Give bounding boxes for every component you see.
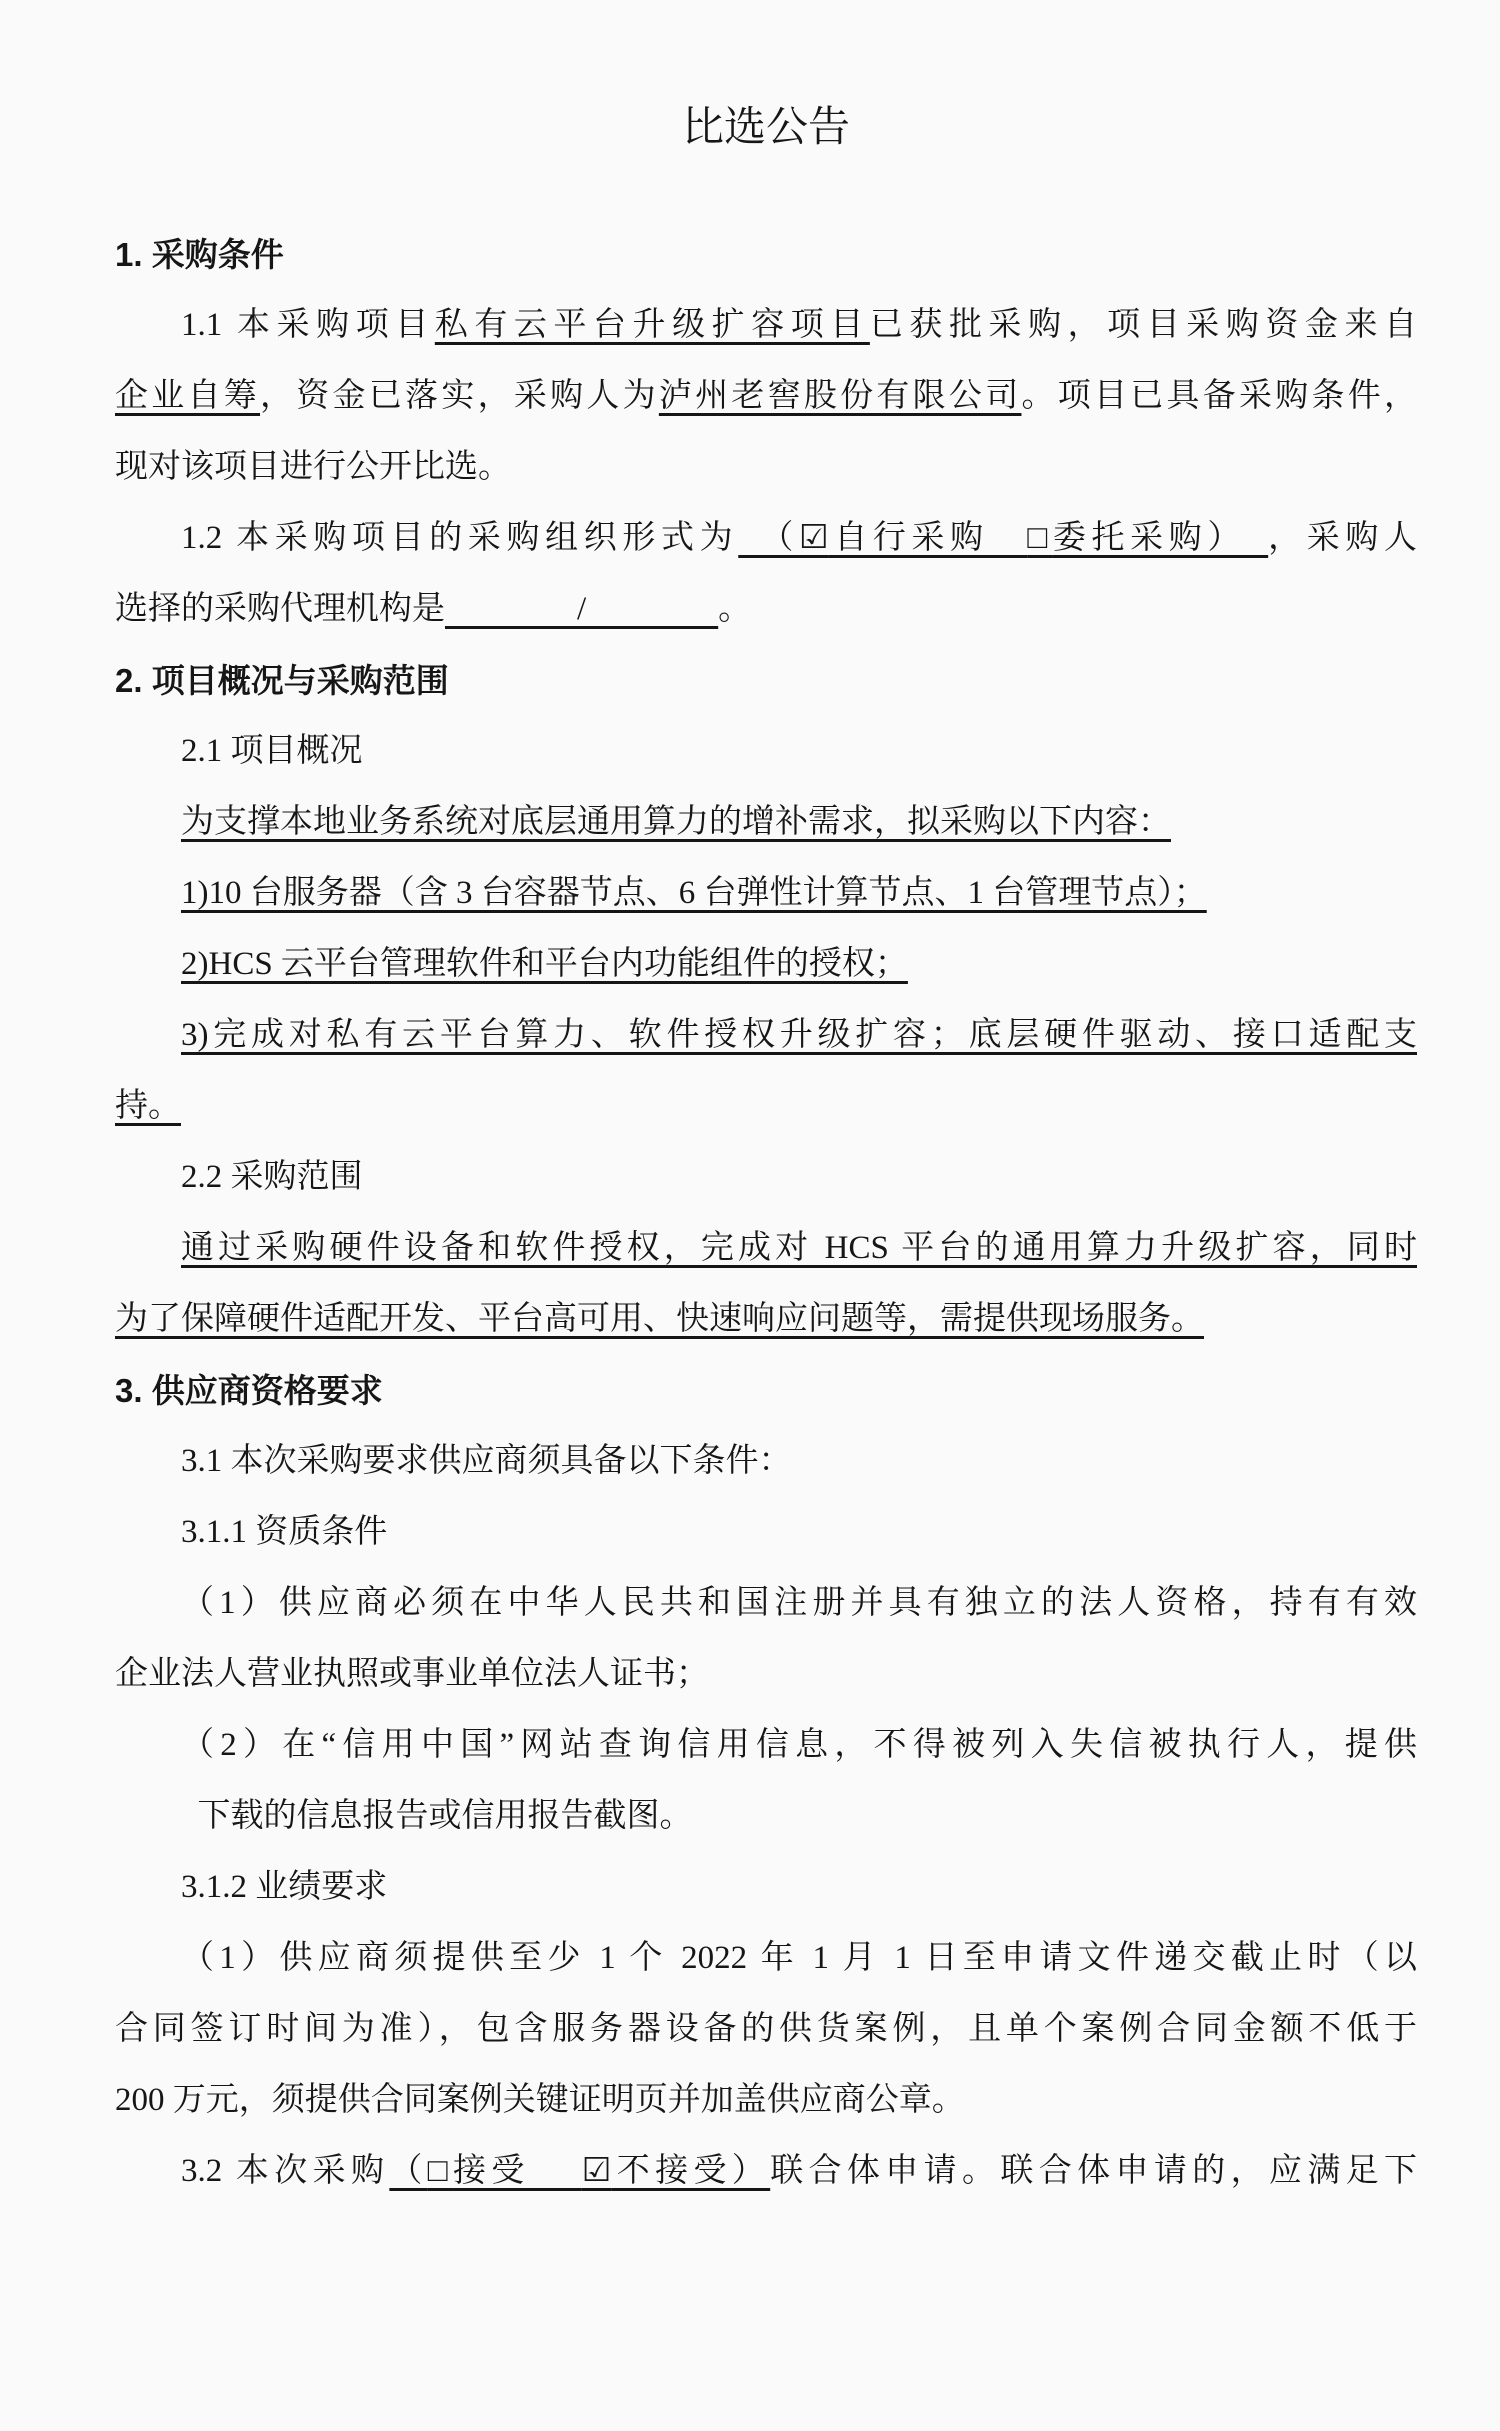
text-segment: 联合体申请。联合体申请的，应满足下	[770, 2153, 1417, 2189]
text-line: 为支撑本地业务系统对底层通用算力的增补需求，拟采购以下内容：	[115, 787, 1417, 858]
text-segment: 2. 项目概况与采购范围	[115, 662, 449, 699]
text-line: （1）供应商必须在中华人民共和国注册并具有独立的法人资格，持有有效	[115, 1568, 1417, 1639]
checkbox-checked-icon: ☑	[799, 520, 829, 556]
document-lines: 1. 采购条件1.1 本采购项目私有云平台升级扩容项目已获批采购，项目采购资金来…	[115, 219, 1417, 2207]
text-segment: （1）供应商必须在中华人民共和国注册并具有独立的法人资格，持有有效	[181, 1585, 1417, 1621]
text-line: 合同签订时间为准），包含服务器设备的供货案例，且单个案例合同金额不低于	[115, 1994, 1417, 2065]
text-segment: 1.2 本采购项目的采购组织形式为	[181, 520, 738, 556]
text-segment: 持。	[115, 1088, 181, 1124]
text-segment: 企业法人营业执照或事业单位法人证书；	[115, 1656, 709, 1692]
text-segment: 现对该项目进行公开比选。	[115, 449, 511, 485]
text-line: 企业自筹，资金已落实，采购人为泸州老窖股份有限公司。项目已具备采购条件，	[115, 361, 1417, 432]
text-segment: 1. 采购条件	[115, 236, 284, 273]
section-heading: 3. 供应商资格要求	[115, 1355, 1417, 1426]
checkbox-unchecked-icon: □	[428, 2153, 453, 2189]
text-segment: 1.1 本采购项目	[181, 307, 435, 343]
text-segment: 2.2 采购范围	[181, 1159, 363, 1195]
text-segment: 不接受）	[611, 2153, 770, 2189]
document-page: 比选公告 1. 采购条件1.1 本采购项目私有云平台升级扩容项目已获批采购，项目…	[0, 0, 1500, 2431]
text-line: 2)HCS 云平台管理软件和平台内功能组件的授权；	[115, 929, 1417, 1000]
checkbox-unchecked-icon: □	[1027, 520, 1053, 556]
text-segment: 为了保障硬件适配开发、平台高可用、快速响应问题等，需提供现场服务。	[115, 1301, 1204, 1337]
text-segment: 私有云平台升级扩容项目	[435, 307, 870, 343]
text-line: 1.1 本采购项目私有云平台升级扩容项目已获批采购，项目采购资金来自	[115, 290, 1417, 361]
text-line: （2）在“信用中国”网站查询信用信息，不得被列入失信被执行人，提供	[115, 1710, 1417, 1781]
text-line: （1）供应商须提供至少 1 个 2022 年 1 月 1 日至申请文件递交截止时…	[115, 1923, 1417, 1994]
text-line: 下载的信息报告或信用报告截图。	[115, 1781, 1417, 1852]
document-title: 比选公告	[115, 86, 1417, 170]
text-segment: （2）在“信用中国”网站查询信用信息，不得被列入失信被执行人，提供	[181, 1727, 1417, 1763]
text-line: 为了保障硬件适配开发、平台高可用、快速响应问题等，需提供现场服务。	[115, 1284, 1417, 1355]
text-line: 2.2 采购范围	[115, 1142, 1417, 1213]
text-segment: ，资金已落实，采购人为	[260, 378, 659, 414]
text-segment: 3.1.1 资质条件	[181, 1514, 387, 1550]
text-segment: 1)10 台服务器（含 3 台容器节点、6 台弹性计算节点、1 台管理节点）；	[181, 875, 1207, 911]
text-segment: 委托采购）	[1053, 520, 1268, 556]
text-segment: （	[389, 2153, 427, 2189]
text-segment: ，采购人	[1268, 520, 1417, 556]
text-segment: /	[445, 591, 718, 627]
text-segment: 泸州老窖股份有限公司	[659, 378, 1022, 414]
text-segment: 通过采购硬件设备和软件授权，完成对 HCS 平台的通用算力升级扩容，同时	[181, 1230, 1417, 1266]
text-segment: 3.1 本次采购要求供应商须具备以下条件：	[181, 1443, 792, 1479]
text-line: 2.1 项目概况	[115, 716, 1417, 787]
text-segment: 合同签订时间为准），包含服务器设备的供货案例，且单个案例合同金额不低于	[115, 2011, 1417, 2047]
text-line: 3.1.1 资质条件	[115, 1497, 1417, 1568]
section-heading: 2. 项目概况与采购范围	[115, 645, 1417, 716]
text-line: 持。	[115, 1071, 1417, 1142]
text-line: 现对该项目进行公开比选。	[115, 432, 1417, 503]
text-segment: 3)完成对私有云平台算力、软件授权升级扩容；底层硬件驱动、接口适配支	[181, 1017, 1417, 1053]
text-segment: （1）供应商须提供至少 1 个 2022 年 1 月 1 日至申请文件递交截止时…	[181, 1940, 1417, 1976]
text-line: 3)完成对私有云平台算力、软件授权升级扩容；底层硬件驱动、接口适配支	[115, 1000, 1417, 1071]
text-segment: 下载的信息报告或信用报告截图。	[198, 1798, 693, 1834]
checkbox-checked-icon: ☑	[582, 2153, 612, 2189]
text-line: 200 万元，须提供合同案例关键证明页并加盖供应商公章。	[115, 2065, 1417, 2136]
text-segment: 接受	[453, 2153, 582, 2189]
text-segment: （	[738, 520, 799, 556]
text-line: 选择的采购代理机构是 / 。	[115, 574, 1417, 645]
text-line: 1.2 本采购项目的采购组织形式为 （☑自行采购 □委托采购） ，采购人	[115, 503, 1417, 574]
text-segment: 2)HCS 云平台管理软件和平台内功能组件的授权；	[181, 946, 908, 982]
text-line: 通过采购硬件设备和软件授权，完成对 HCS 平台的通用算力升级扩容，同时	[115, 1213, 1417, 1284]
text-segment: 200 万元，须提供合同案例关键证明页并加盖供应商公章。	[115, 2082, 965, 2118]
text-line: 3.1.2 业绩要求	[115, 1852, 1417, 1923]
text-segment: 选择的采购代理机构是	[115, 591, 445, 627]
text-segment: 。	[718, 591, 751, 627]
text-line: 企业法人营业执照或事业单位法人证书；	[115, 1639, 1417, 1710]
text-segment: 3.2 本次采购	[181, 2153, 389, 2189]
section-heading: 1. 采购条件	[115, 219, 1417, 290]
text-line: 1)10 台服务器（含 3 台容器节点、6 台弹性计算节点、1 台管理节点）；	[115, 858, 1417, 929]
text-segment: 自行采购	[829, 520, 1028, 556]
text-segment: 3. 供应商资格要求	[115, 1372, 383, 1409]
text-line: 3.2 本次采购（□接受 ☑不接受）联合体申请。联合体申请的，应满足下	[115, 2136, 1417, 2207]
text-segment: 企业自筹	[115, 378, 260, 414]
text-segment: 为支撑本地业务系统对底层通用算力的增补需求，拟采购以下内容：	[181, 804, 1171, 840]
text-segment: 2.1 项目概况	[181, 733, 363, 769]
text-segment: 已获批采购，项目采购资金来自	[870, 307, 1417, 343]
text-segment: 3.1.2 业绩要求	[181, 1869, 387, 1905]
text-line: 3.1 本次采购要求供应商须具备以下条件：	[115, 1426, 1417, 1497]
text-segment: 。项目已具备采购条件，	[1021, 378, 1417, 414]
